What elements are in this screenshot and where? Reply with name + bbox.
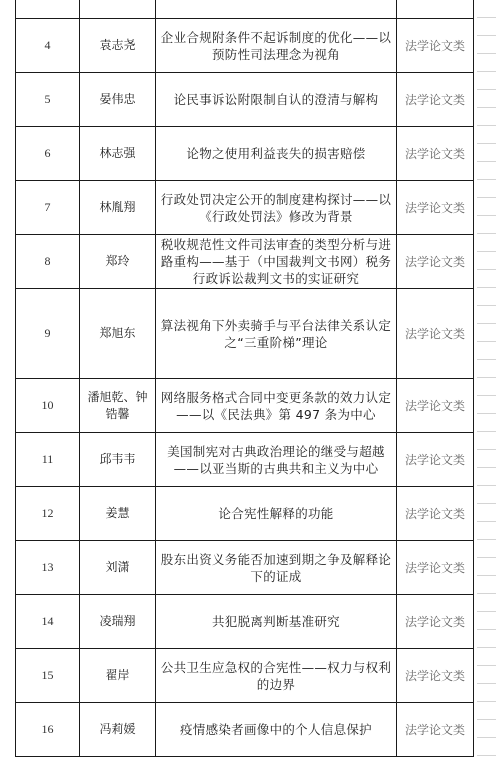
author-name: 林胤翔 [80,181,156,235]
row-number: 6 [16,127,80,181]
row-number: 5 [16,73,80,127]
paper-title: 企业合规附条件不起诉制度的优化——以预防性司法理念为视角 [156,19,397,73]
paper-title: 论合宪性解释的功能 [156,487,397,541]
table-row: 10 潘旭乾、钟锆馨 网络服务格式合同中变更条款的效力认定——以《民法典》第 4… [16,379,474,433]
category: 法学论文类 [397,235,474,289]
row-number: 16 [16,703,80,757]
author-name: 凌瑞翔 [80,595,156,649]
category: 法学论文类 [397,649,474,703]
table-row: 16 冯莉媛 疫情感染者画像中的个人信息保护 法学论文类 [16,703,474,757]
paper-title: 疫情感染者画像中的个人信息保护 [156,703,397,757]
table-row-previous [16,0,474,19]
category: 法学论文类 [397,703,474,757]
author-name: 姜慧 [80,487,156,541]
paper-title: 公共卫生应急权的合宪性——权力与权利的边界 [156,649,397,703]
author-name: 潘旭乾、钟锆馨 [80,379,156,433]
author-name: 郑玲 [80,235,156,289]
category: 法学论文类 [397,181,474,235]
table-row: 9 郑旭东 算法视角下外卖骑手与平台法律关系认定之“三重阶梯”理论 法学论文类 [16,289,474,379]
row-number: 8 [16,235,80,289]
row-number: 9 [16,289,80,379]
category: 法学论文类 [397,289,474,379]
author-name: 林志强 [80,127,156,181]
row-number: 10 [16,379,80,433]
table-row: 4 袁志尧 企业合规附条件不起诉制度的优化——以预防性司法理念为视角 法学论文类 [16,19,474,73]
paper-title: 论民事诉讼附限制自认的澄清与解构 [156,73,397,127]
author-name: 邱韦韦 [80,433,156,487]
author-name: 晏伟忠 [80,73,156,127]
category: 法学论文类 [397,541,474,595]
category: 法学论文类 [397,487,474,541]
row-number: 12 [16,487,80,541]
table-row: 11 邱韦韦 美国制宪对古典政治理论的继受与超越——以亚当斯的古典共和主义为中心… [16,433,474,487]
row-number: 11 [16,433,80,487]
table-row: 6 林志强 论物之使用利益丧失的损害赔偿 法学论文类 [16,127,474,181]
table-row: 8 郑玲 税收规范性文件司法审查的类型分析与进路重构——基于（中国裁判文书网）税… [16,235,474,289]
paper-title: 税收规范性文件司法审查的类型分析与进路重构——基于（中国裁判文书网）税务行政诉讼… [156,235,397,289]
author-name: 冯莉媛 [80,703,156,757]
paper-title: 美国制宪对古典政治理论的继受与超越——以亚当斯的古典共和主义为中心 [156,433,397,487]
row-number: 4 [16,19,80,73]
table-row: 13 刘潇 股东出资义务能否加速到期之争及解释论下的证成 法学论文类 [16,541,474,595]
paper-title: 行政处罚决定公开的制度建构探讨——以《行政处罚法》修改为背景 [156,181,397,235]
category: 法学论文类 [397,127,474,181]
category: 法学论文类 [397,19,474,73]
author-name: 郑旭东 [80,289,156,379]
category: 法学论文类 [397,433,474,487]
table-row: 5 晏伟忠 论民事诉讼附限制自认的澄清与解构 法学论文类 [16,73,474,127]
table-row: 7 林胤翔 行政处罚决定公开的制度建构探讨——以《行政处罚法》修改为背景 法学论… [16,181,474,235]
category: 法学论文类 [397,595,474,649]
category: 法学论文类 [397,73,474,127]
paper-title: 算法视角下外卖骑手与平台法律关系认定之“三重阶梯”理论 [156,289,397,379]
paper-title: 论物之使用利益丧失的损害赔偿 [156,127,397,181]
spreadsheet-gridlines [477,0,496,765]
paper-title: 网络服务格式合同中变更条款的效力认定——以《民法典》第 497 条为中心 [156,379,397,433]
table-row: 12 姜慧 论合宪性解释的功能 法学论文类 [16,487,474,541]
row-number: 7 [16,181,80,235]
table-row: 14 凌瑞翔 共犯脱离判断基准研究 法学论文类 [16,595,474,649]
row-number: 13 [16,541,80,595]
row-number: 14 [16,595,80,649]
author-name: 袁志尧 [80,19,156,73]
author-name: 翟岸 [80,649,156,703]
paper-title: 股东出资义务能否加速到期之争及解释论下的证成 [156,541,397,595]
table-row: 15 翟岸 公共卫生应急权的合宪性——权力与权利的边界 法学论文类 [16,649,474,703]
award-list-table: 4 袁志尧 企业合规附条件不起诉制度的优化——以预防性司法理念为视角 法学论文类… [15,0,474,757]
row-number: 15 [16,649,80,703]
category: 法学论文类 [397,379,474,433]
paper-title: 共犯脱离判断基准研究 [156,595,397,649]
author-name: 刘潇 [80,541,156,595]
